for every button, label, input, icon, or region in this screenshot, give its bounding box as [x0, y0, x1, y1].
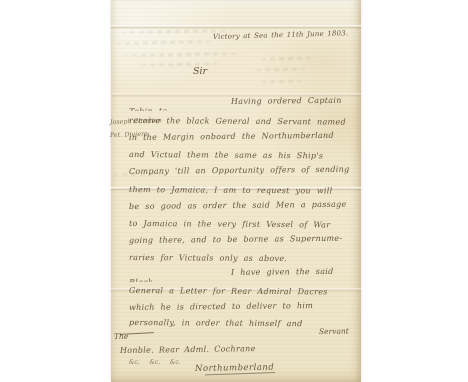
dateline: Victory at Sea the 11th June 1803.	[213, 29, 349, 41]
body-line: receive the black General and Servant na…	[129, 116, 361, 131]
body-line: General a Letter for Rear Admiral Dacres	[129, 286, 361, 301]
address-etcetera: &c. &c. &c.	[129, 359, 181, 366]
body-line: raries for Victuals only as above.	[129, 253, 361, 268]
body-line: in the Margin onboard the Northumberland	[129, 131, 361, 146]
ink-showthrough	[116, 40, 212, 45]
address-ship-name: Northumberland	[195, 363, 274, 374]
ink-showthrough	[123, 52, 243, 57]
ink-showthrough	[256, 68, 308, 72]
address-line-the: The	[114, 332, 128, 341]
ink-showthrough	[261, 80, 303, 84]
body-line: going there, and to be borne as Supernum…	[129, 234, 361, 249]
ink-showthrough	[141, 62, 221, 66]
body-line: Having ordered Captain Tobin to	[129, 96, 361, 111]
ink-showthrough	[261, 57, 317, 61]
salutation: Sir	[193, 66, 207, 77]
body-line: I have given the said Black	[129, 267, 361, 282]
body-line: and Victual them the same as his Ship's	[129, 150, 361, 165]
body-line: Company 'till an Opportunity offers of s…	[129, 165, 361, 180]
body-line: be so good as order the said Men a passa…	[129, 200, 361, 215]
address-recipient: Honble. Rear Adml. Cochrane	[120, 344, 256, 355]
body-line: them to Jamaica, I am to request you wil…	[129, 185, 361, 200]
letter-sheet: Victory at Sea the 11th June 1803. Sir J…	[111, 0, 361, 382]
close-word: Servant	[319, 326, 349, 336]
body-line: to Jamaica in the very first Vessel of W…	[129, 219, 361, 234]
body-line: which he is directed to deliver to him	[129, 301, 361, 316]
photo-background: Victory at Sea the 11th June 1803. Sir J…	[0, 0, 468, 382]
fold-crease	[111, 25, 361, 29]
